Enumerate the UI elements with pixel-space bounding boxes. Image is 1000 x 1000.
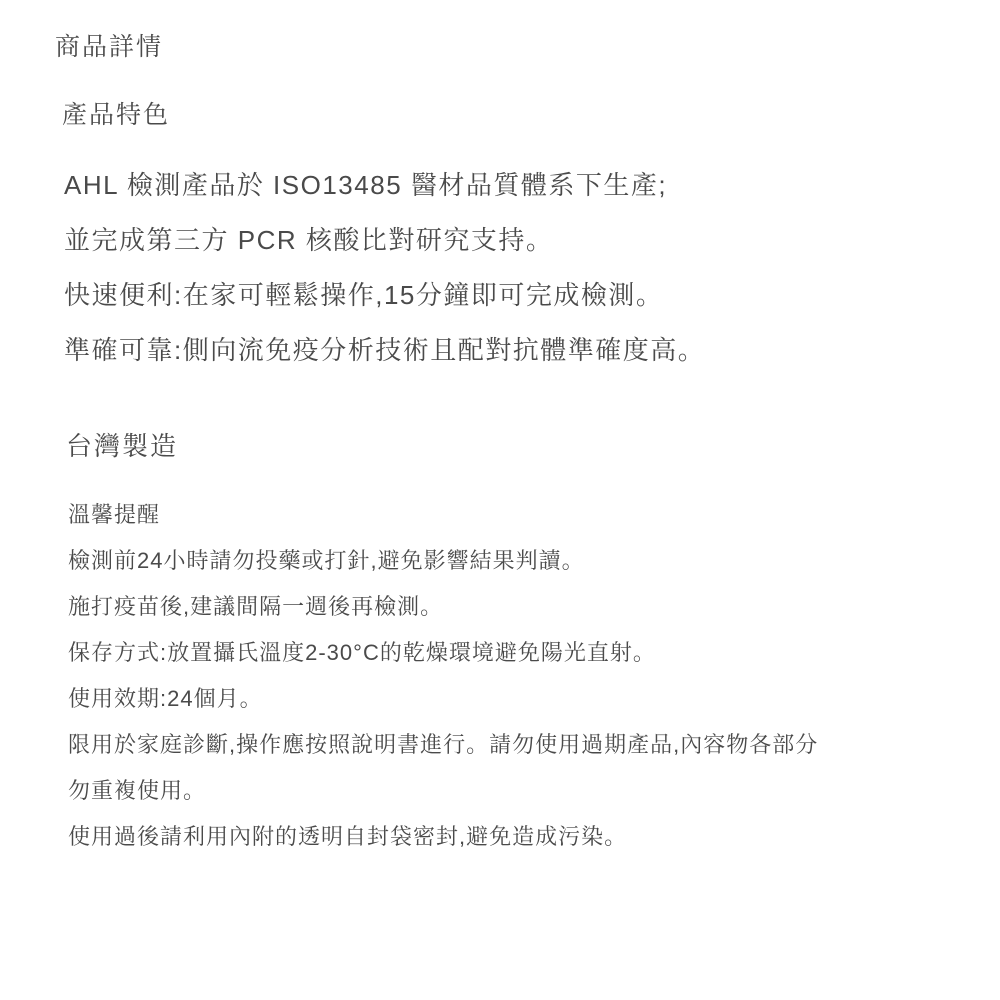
reminder-line-no-medication: 檢測前24小時請勿投藥或打針,避免影響結果判讀。 [68,538,960,584]
reminder-line-shelf-life: 使用效期:24個月。 [68,676,960,722]
reminder-line-home-use-2: 勿重複使用。 [68,768,960,814]
feature-line-accuracy: 準確可靠:側向流免疫分析技術且配對抗體準確度高。 [64,323,960,378]
features-section-heading: 產品特色 [62,100,960,130]
reminder-line-storage: 保存方式:放置攝氏溫度2-30°C的乾燥環境避免陽光直射。 [68,630,960,676]
reminder-section: 溫馨提醒 檢測前24小時請勿投藥或打針,避免影響結果判讀。 施打疫苗後,建議間隔… [68,492,960,860]
reminder-line-disposal: 使用過後請利用內附的透明自封袋密封,避免造成污染。 [68,814,960,860]
product-detail-page: 商品詳情 產品特色 AHL 檢測產品於 ISO13485 醫材品質體系下生產; … [0,0,1000,1000]
reminder-heading: 溫馨提醒 [68,492,960,538]
reminder-line-vaccine-interval: 施打疫苗後,建議間隔一週後再檢測。 [68,584,960,630]
origin-heading: 台灣製造 [66,430,960,462]
feature-line-production: AHL 檢測產品於 ISO13485 醫材品質體系下生產; [64,158,960,213]
features-list: AHL 檢測產品於 ISO13485 醫材品質體系下生產; 並完成第三方 PCR… [64,158,960,378]
page-title: 商品詳情 [55,32,960,62]
feature-line-convenience: 快速便利:在家可輕鬆操作,15分鐘即可完成檢測。 [64,268,960,323]
reminder-line-home-use-1: 限用於家庭診斷,操作應按照說明書進行。請勿使用過期產品,內容物各部分 [68,722,960,768]
feature-line-pcr: 並完成第三方 PCR 核酸比對研究支持。 [64,213,960,268]
